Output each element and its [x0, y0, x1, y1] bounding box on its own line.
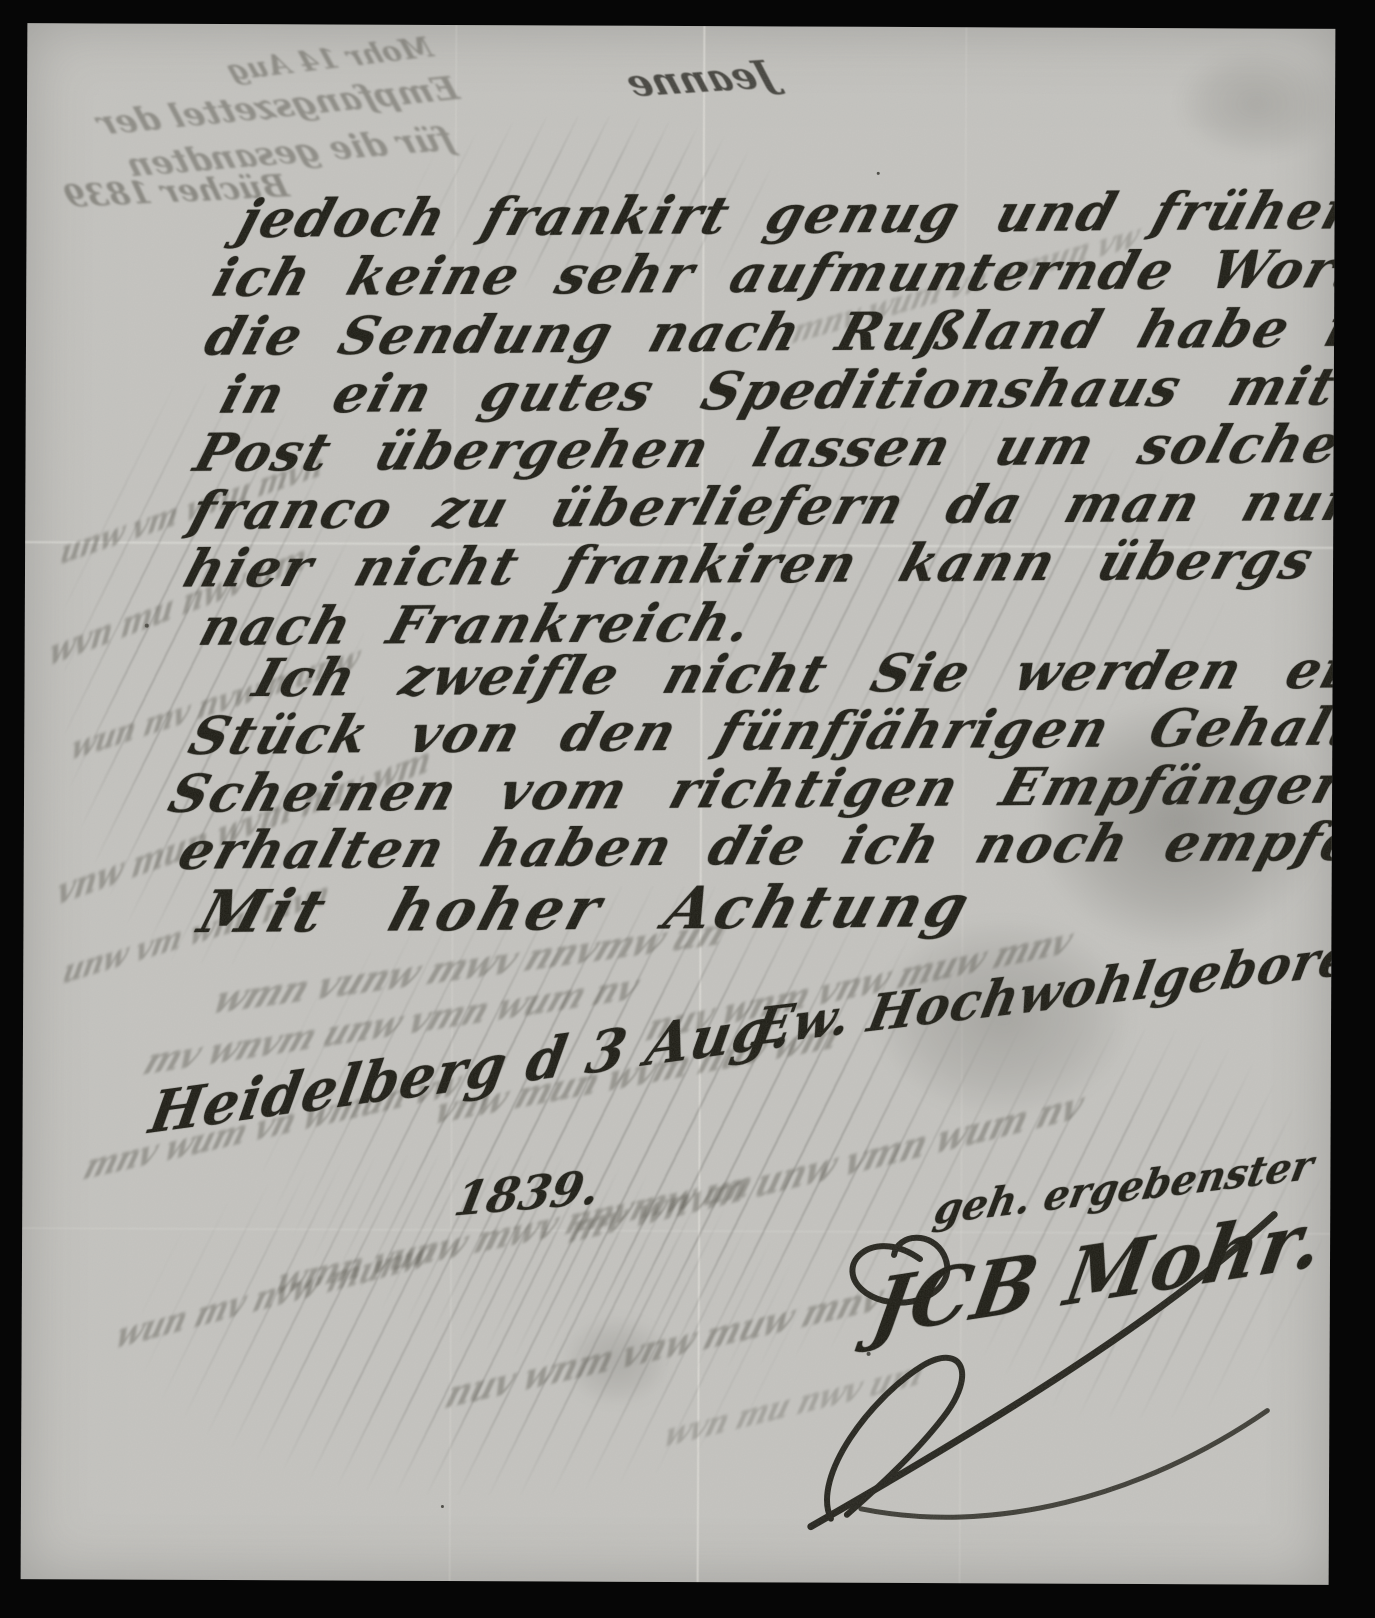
handwritten-line: erhalten haben die ich noch empfehle	[172, 811, 1336, 882]
scanned-letter-document: { "colors": { "scan_background": "#06060…	[0, 0, 1375, 1618]
verso-ghost-center-word: Jeanne	[620, 52, 780, 106]
verso-ghost-scrawl: wun mv nvw munw	[111, 1233, 434, 1357]
bottom-smudge	[561, 1315, 671, 1405]
closing-line: Ew. Hochwohlgeboren	[749, 921, 1335, 1057]
verso-ghost-note-line: für die gesandten	[122, 119, 459, 184]
ink-speck	[877, 172, 880, 175]
ink-speck	[145, 624, 149, 628]
handwritten-line: Mit hoher Achtung	[191, 872, 980, 946]
verso-ghost-note-line: Empfangszettel der	[92, 69, 463, 143]
verso-ghost-scrawl: wvn mu nwv um	[659, 1353, 928, 1456]
ink-speck	[441, 1505, 444, 1508]
handwritten-line: jedoch frankirt genug und früher da	[231, 180, 1335, 250]
verso-ghost-note-line: Mohr 14 Aug	[223, 31, 437, 87]
letter-page: Mohr 14 Aug Empfangszettel der für die g…	[21, 23, 1336, 1585]
corner-smudge	[1177, 48, 1336, 159]
handwritten-line: ich keine sehr aufmunternde Worte fand.	[206, 237, 1335, 309]
verso-ghost-scrawl: nuv wnm vnw muw mnv	[440, 1275, 888, 1418]
dateline-year: 1839.	[450, 1160, 605, 1227]
handwritten-line: hier nicht frankiren kann übergs	[177, 530, 1322, 600]
verso-ghost-scrawl: mv wnvm unw vmn wum nv	[563, 1082, 1088, 1254]
